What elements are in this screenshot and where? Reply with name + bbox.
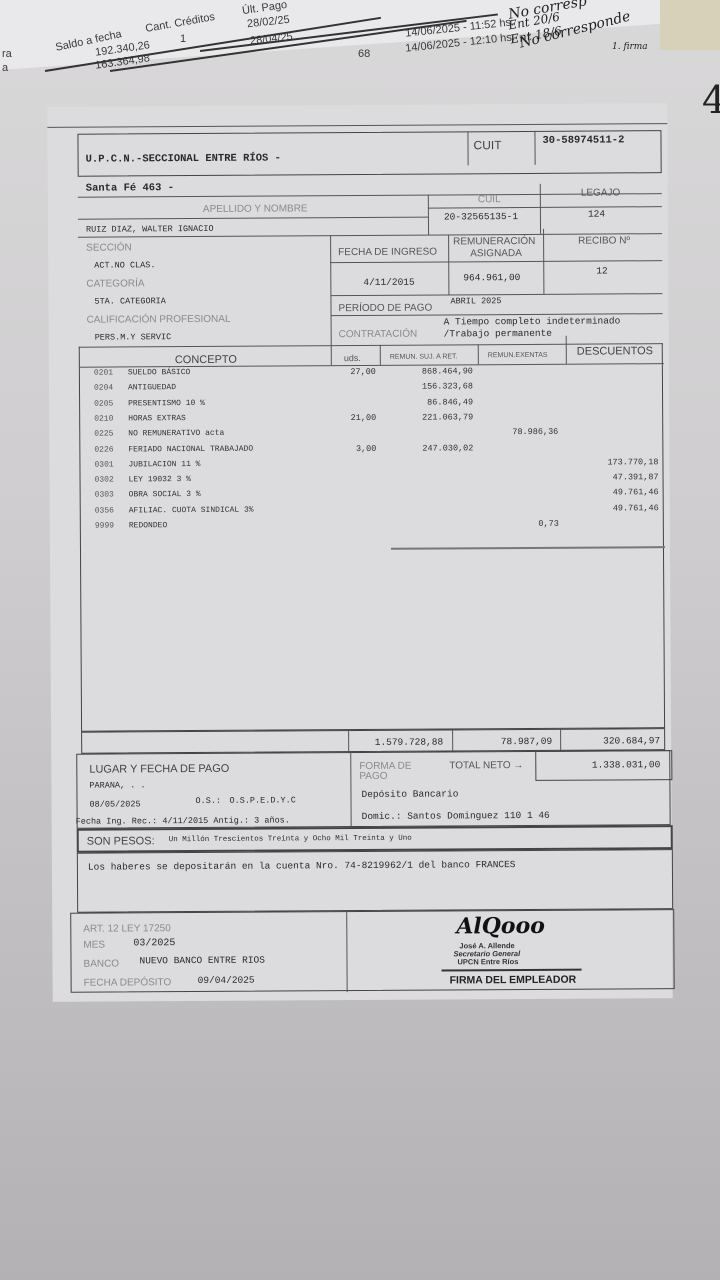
remun-exentas-header: REMUN.EXENTAS [488,352,548,359]
fecha-pago: 08/05/2025 [90,799,141,809]
concept-name: JUBILACION 11 % [128,460,200,469]
cuit-value: 30-58974511-2 [542,134,624,147]
lugar-label: LUGAR Y FECHA DE PAGO [89,763,229,776]
signature-org: UPCN Entre Ríos [457,957,518,966]
concept-name: FERIADO NACIONAL TRABAJADO [128,444,253,454]
art12-signature-block: ART. 12 LEY 17250 MES 03/2025 BANCO NUEV… [70,909,674,993]
cuil-label: CUIL [478,194,501,205]
concept-code: 0210 [94,414,113,423]
remun-suj-value: 247.030,02 [422,443,473,453]
forma-pago-value: Depósito Bancario [361,788,458,800]
contratacion-value: A Tiempo completo indeterminado [444,315,621,327]
concept-name: NO REMUNERATIVO acta [128,429,224,439]
name-label: APELLIDO Y NOMBRE [203,203,308,215]
remuneracion-label-2: ASIGNADA [470,248,522,259]
concepts-table: CONCEPTO uds. REMUN. SUJ. A RET. REMUN.E… [79,343,665,732]
concept-name: LEY 19032 3 % [129,475,191,484]
art12-title: ART. 12 LEY 17250 [83,923,171,935]
total-neto-value: 1.338.031,00 [535,759,660,771]
descuentos-value: 47.391,87 [613,472,659,482]
code-value: 68 [358,48,370,60]
total-remun-suj: 1.579.728,88 [348,736,443,748]
contratacion-label: CONTRATACIÓN [339,329,418,340]
categoria-value: 5TA. CATEGORIA [94,296,165,306]
recibo-label: RECIBO Nº [578,235,630,246]
os-value: O.S.P.E.D.Y.C [229,795,295,805]
concept-code: 0226 [94,445,113,454]
periodo-label: PERÍODO DE PAGO [338,303,432,315]
handwritten-note: 1. firma [612,42,648,52]
seccion-value: ACT.NO CLAS. [94,260,155,270]
concept-name: OBRA SOCIAL 3 % [129,490,201,499]
descuentos-header: DESCUENTOS [577,345,653,357]
left-edge-text: ra [2,48,12,60]
remun-suj-header: REMUN. SUJ. A RET. [390,353,458,360]
remun-suj-value: 86.846,49 [427,397,473,407]
son-pesos-text: Un Millón Trescientos Treinta y Ocho Mil… [169,835,412,844]
descuentos-value: 49.761,46 [613,488,659,498]
concept-code: 0201 [94,369,113,378]
concept-name: PRESENTISMO 10 % [128,399,205,408]
employer-name: U.P.C.N.-SECCIONAL ENTRE RÍOS - [86,152,281,165]
deposit-note-box: Los haberes se depositarán en la cuenta … [77,849,673,913]
legajo-label: LEGAJO [581,187,621,198]
deposit-note: Los haberes se depositarán en la cuenta … [88,859,516,873]
lugar-value: PARANA, . . [89,780,145,790]
uds-value: 21,00 [351,413,377,423]
fecha-ing-rec: Fecha Ing. Rec.: 4/11/2015 Antig.: 3 año… [76,815,290,826]
uds-value: 27,00 [350,367,376,377]
remun-exentas-value: 0,73 [538,519,558,529]
legajo-value: 124 [588,208,605,219]
table-row: 9999REDONDEO0,73 [81,518,681,537]
concept-code: 0303 [95,491,114,500]
uds-value: 3,00 [356,443,376,453]
concept-code: 0205 [94,399,113,408]
remun-suj-value: 221.063,79 [422,412,473,422]
recibo-value: 12 [596,265,607,276]
concept-code: 0301 [94,460,113,469]
concept-code: 0204 [94,384,113,393]
forma-pago-label-2: PAGO [359,771,387,782]
payslip-document: U.P.C.N.-SECCIONAL ENTRE RÍOS - CUIT 30-… [47,103,672,1002]
employer-address: Santa Fé 463 - [86,182,174,195]
son-pesos-label: SON PESOS: [87,835,155,847]
concept-name: SUELDO BÁSICO [128,368,190,377]
mes-value: 03/2025 [133,938,175,949]
total-descuentos: 320.684,97 [560,735,660,747]
concept-code: 0302 [95,476,114,485]
stray-mark [391,546,665,550]
total-neto-label: TOTAL NETO → [449,760,523,771]
employee-name: RUIZ DIAZ, WALTER IGNACIO [86,224,214,235]
remun-suj-value: 868.464,90 [422,366,473,376]
fecha-ingreso-value: 4/11/2015 [363,277,414,288]
fecha-ingreso-label: FECHA DE INGRESO [338,247,437,259]
contratacion-value-2: /Trabajo permanente [444,328,552,340]
mes-label: MES [83,940,105,951]
concept-code: 0225 [94,430,113,439]
payment-block: LUGAR Y FECHA DE PAGO PARANA, . . 08/05/… [76,750,670,829]
total-remun-exentas: 78.987,09 [452,736,552,748]
concept-name: AFILIAC. CUOTA SINDICAL 3% [129,505,254,515]
concept-name: HORAS EXTRAS [128,414,186,423]
son-pesos-row: SON PESOS: Un Millón Trescientos Treinta… [77,825,673,853]
categoria-label: CATEGORÍA [86,278,144,289]
remun-exentas-value: 78.986,36 [512,427,558,437]
background-surface [660,0,720,50]
banco-label: BANCO [83,958,119,969]
remuneracion-label: REMUNERACIÓN [453,236,535,248]
calificacion-label: CALIFICACIÓN PROFESIONAL [87,314,231,326]
fecha-deposito-label: FECHA DEPÓSITO [84,977,172,989]
uds-header: uds. [344,353,361,363]
periodo-value: ABRIL 2025 [450,296,501,306]
concept-code: 9999 [95,522,114,531]
descuentos-value: 49.761,46 [613,503,659,513]
concept-name: REDONDEO [129,521,167,530]
os-label: O.S.: [195,796,221,806]
remun-suj-value: 156.323,68 [422,382,473,392]
signature-scribble: AlQooo [456,913,545,940]
calificacion-value: PERS.M.Y SERVIC [95,332,172,342]
remuneracion-value: 964.961,00 [463,272,520,283]
firma-empleador-label: FIRMA DEL EMPLEADOR [450,974,577,987]
creditos-value: 1 [180,33,186,45]
domicilio-value: Domic.: Santos Dominguez 110 1 46 [362,810,550,822]
cuit-label: CUIT [473,138,501,152]
descuentos-value: 173.770,18 [607,457,658,467]
concept-code: 0356 [95,506,114,515]
concepto-header: CONCEPTO [175,354,237,366]
concept-name: ANTIGUEDAD [128,383,176,392]
left-edge-text: a [2,62,8,74]
cuil-value: 20-32565135-1 [444,211,518,222]
seccion-label: SECCIÓN [86,242,132,253]
margin-mark: 4 [702,78,720,122]
banco-value: NUEVO BANCO ENTRE RIOS [139,955,264,967]
fecha-deposito-value: 09/04/2025 [198,975,255,986]
